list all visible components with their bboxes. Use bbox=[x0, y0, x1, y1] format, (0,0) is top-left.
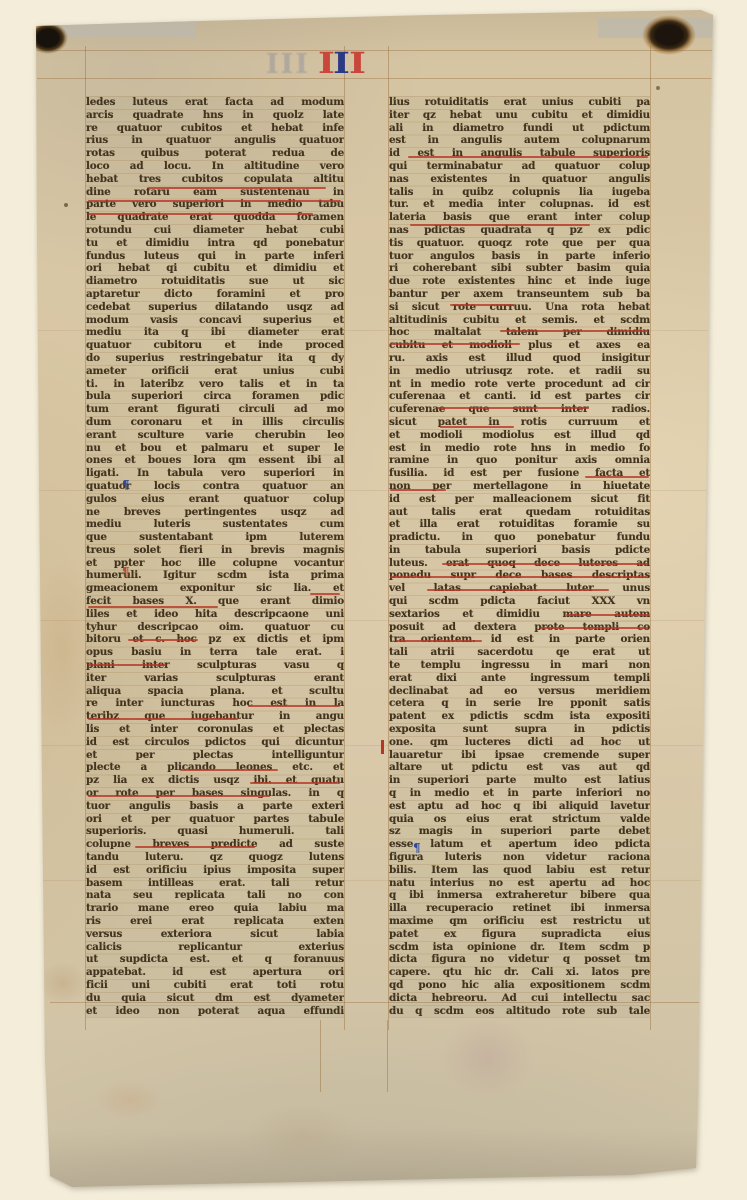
red-underline bbox=[180, 769, 278, 771]
red-underline bbox=[408, 156, 648, 158]
text-column-right: lius rotuiditatis erat unius cubiti pait… bbox=[389, 96, 650, 1018]
text-line: q ibi inmersa extraheretur bibere qua bbox=[389, 889, 650, 902]
text-line: pradictu. in quo ponebatur fundu bbox=[389, 531, 650, 544]
text-line: cuferenae que sunt inter radios. bbox=[389, 403, 650, 416]
text-line: quia os eius erat strictum valde bbox=[389, 813, 650, 826]
red-underline bbox=[437, 407, 589, 409]
text-line: et per plectas intelliguntur bbox=[86, 749, 344, 762]
text-line: gulos eius erant quatuor colup bbox=[86, 493, 344, 506]
text-line: hoc maltalat talem per dimidiu bbox=[389, 326, 650, 339]
text-line: lauaretur ibi ipsae cremende super bbox=[389, 749, 650, 762]
text-line: or rote per bases singulas. in q bbox=[86, 787, 344, 800]
text-line: et illa erat rotuiditas foramie su bbox=[389, 518, 650, 531]
text-line: treus solet fieri in brevis magnis bbox=[86, 544, 344, 557]
vertical-rule bbox=[320, 1020, 321, 1092]
text-line: aut talis erat quedam rotuiditas bbox=[389, 506, 650, 519]
red-underline bbox=[248, 705, 340, 707]
text-line: altitudinis cubitu et semis. et scdm bbox=[389, 314, 650, 327]
text-line: rius in quatuor angulis quatuor bbox=[86, 134, 344, 147]
text-line: bantur per axem transeuntem sub ba bbox=[389, 288, 650, 301]
text-line: tum erant figurati circuli ad mo bbox=[86, 403, 344, 416]
text-line: erat dixi ante ingressum templi bbox=[389, 672, 650, 685]
text-line: dum coronaru et in illis circulis bbox=[86, 416, 344, 429]
vertical-rule bbox=[650, 46, 651, 1030]
text-line: ali in diametro fundi ut pdictum bbox=[389, 122, 650, 135]
text-line: appatebat. id est apertura ori bbox=[86, 966, 344, 979]
text-line: rotas quibus poterat redua de bbox=[86, 147, 344, 160]
text-line: liles et ideo hita descripcaone uni bbox=[86, 608, 344, 621]
manuscript-photo: III III ledes luteus erat facta ad modum… bbox=[0, 0, 747, 1200]
text-line: id est per malleacionem sicut fit bbox=[389, 493, 650, 506]
text-line: et ideo non poterat aqua effundi bbox=[86, 1005, 344, 1018]
text-line: tu et dimidiu intra qd ponebatur bbox=[86, 237, 344, 250]
text-line: bula superiori circa foramen pdic bbox=[86, 390, 344, 403]
text-line: gmeacionem exponitur sic lia. et bbox=[86, 582, 344, 595]
text-line: tur. et media inter colupnas. id est bbox=[389, 198, 650, 211]
red-underline bbox=[88, 606, 218, 608]
red-underline bbox=[450, 304, 514, 306]
text-line: nu et bou et palmaru et super le bbox=[86, 442, 344, 455]
text-line: lateria basis que erant inter colup bbox=[389, 211, 650, 224]
text-line: loco ad locu. In altitudine vero bbox=[86, 160, 344, 173]
text-line: cetera q in serie lre pponit satis bbox=[389, 697, 650, 710]
text-line: basem intilleas erat. tali retur bbox=[86, 877, 344, 890]
text-line: dicta hebreoru. Ad cui intellectu sac bbox=[389, 992, 650, 1005]
text-line: bilis. Item las quod labiu est retur bbox=[389, 864, 650, 877]
text-line: id est in angulis tabule superioris bbox=[389, 147, 650, 160]
red-underline bbox=[88, 664, 166, 666]
text-line: tuor angulos basis in parte inferio bbox=[389, 250, 650, 263]
stain-brown-bottom bbox=[245, 1105, 360, 1165]
text-line: hebat tres cubitos copulata altitu bbox=[86, 173, 344, 186]
pilcrow-mark: ¶ bbox=[122, 479, 130, 491]
text-line: quatuor cubitoru et inde proced bbox=[86, 339, 344, 352]
text-line: est in medio rote hns in medio fo bbox=[389, 442, 650, 455]
text-line: cedebat superius dilatando usqz ad bbox=[86, 301, 344, 314]
red-underline bbox=[250, 782, 340, 784]
red-underline bbox=[566, 614, 650, 616]
text-line: tyhur descripcao oim. quatuor cu bbox=[86, 621, 344, 634]
red-underline bbox=[128, 639, 198, 641]
text-line: aptaretur dicto foramini et pro bbox=[86, 288, 344, 301]
text-line: dicta figura no videtur q posset tm bbox=[389, 953, 650, 966]
text-line: sicut patet in rotis curruum et bbox=[389, 416, 650, 429]
leaf-shadow-wrap: III III ledes luteus erat facta ad modum… bbox=[0, 0, 747, 1200]
red-underline bbox=[135, 846, 255, 848]
text-line: qui terminabatur ad quatuor colup bbox=[389, 160, 650, 173]
speck-small-1 bbox=[64, 203, 68, 207]
text-line: nt in medio rote verte procedunt ad cir bbox=[389, 378, 650, 391]
text-line: ris erei erat replicata exten bbox=[86, 915, 344, 928]
text-line: in tabula superiori basis pdicte bbox=[389, 544, 650, 557]
manuscript-leaf: III III ledes luteus erat facta ad modum… bbox=[0, 0, 747, 1200]
stain-purple bbox=[440, 1015, 535, 1100]
text-line: pz lia ex dictis usqz ibi. et quatu bbox=[86, 774, 344, 787]
text-line: iter varias sculpturas erant bbox=[86, 672, 344, 685]
text-line: te templu ingressu in mari non bbox=[389, 659, 650, 672]
text-line: mediu ita q ibi diameter erat bbox=[86, 326, 344, 339]
text-line: iter qz hebat unu cubitu et dimidiu bbox=[389, 109, 650, 122]
text-line: opus basiu in terra tale erat. i bbox=[86, 646, 344, 659]
vertical-rule bbox=[344, 46, 345, 1030]
text-line: ones et boues lora qm essent ibi al bbox=[86, 454, 344, 467]
text-line: ru. axis est illud quod insigitur bbox=[389, 352, 650, 365]
text-line: que sustentabant ipm luterem bbox=[86, 531, 344, 544]
text-line: nas existentes in quatuor angulis bbox=[389, 173, 650, 186]
text-line: in superiori parte multo est latius bbox=[389, 774, 650, 787]
pilcrow-mark: ¶ bbox=[122, 566, 130, 578]
red-underline bbox=[427, 589, 609, 591]
text-line: qd pono hic alia expositionem scdm bbox=[389, 979, 650, 992]
text-line: arcis quadrate hns in quolz late bbox=[86, 109, 344, 122]
vertical-rule bbox=[387, 1020, 388, 1092]
text-line: lius rotuiditatis erat unius cubiti pa bbox=[389, 96, 650, 109]
red-underline bbox=[585, 476, 649, 478]
folio-numeral: III bbox=[313, 48, 373, 80]
text-line: du quia sicut dm est dyameter bbox=[86, 992, 344, 1005]
text-line: maxime qm orificiu est restrictu ut bbox=[389, 915, 650, 928]
text-line: modum vasis concavi superius et bbox=[86, 314, 344, 327]
red-underline bbox=[88, 718, 238, 720]
red-underline bbox=[396, 640, 482, 642]
text-line: versus exteriora sicut labia bbox=[86, 928, 344, 941]
text-line: ameter orificii erat unius cubi bbox=[86, 365, 344, 378]
folio-numeral-ghost: III bbox=[258, 50, 318, 80]
text-line: diametro rotuiditatis sue ut sic bbox=[86, 275, 344, 288]
text-line: illa recuperacio retinet ibi inmersa bbox=[389, 902, 650, 915]
text-line: mediu luteris sustentates cum bbox=[86, 518, 344, 531]
horizontal-rule bbox=[37, 78, 712, 79]
text-line: est aptu ad hoc q ibi aliquid lavetur bbox=[389, 800, 650, 813]
red-underline bbox=[442, 563, 648, 565]
text-line: in medio utriusqz rote. et radii su bbox=[389, 365, 650, 378]
text-line: fusilia. id est per fusione facta et bbox=[389, 467, 650, 480]
red-underline bbox=[390, 343, 520, 345]
red-underline bbox=[440, 426, 514, 428]
text-line: re quatuor cubitos et hebat infe bbox=[86, 122, 344, 135]
text-line: erant sculture varie cherubin leo bbox=[86, 429, 344, 442]
text-line: ti. in lateribz vero talis et in ta bbox=[86, 378, 344, 391]
text-line: si sicut rote curruu. Una rota hebat bbox=[389, 301, 650, 314]
margin-bracket bbox=[381, 740, 384, 754]
text-line: talis in quibz colupnis lia iugeba bbox=[389, 186, 650, 199]
text-line: altare ut pdictu est vas aut qd bbox=[389, 761, 650, 774]
text-line: ficii uni cubiti erat toti rotu bbox=[86, 979, 344, 992]
tape-residue-right bbox=[598, 18, 716, 38]
red-underline bbox=[500, 330, 648, 332]
tape-residue-left bbox=[30, 20, 196, 37]
red-underline bbox=[540, 627, 648, 629]
text-column-left: ledes luteus erat facta ad modumarcis qu… bbox=[86, 96, 344, 1018]
text-line: exposita sunt supra in pdictis bbox=[389, 723, 650, 736]
speck-dark bbox=[27, 1008, 34, 1015]
text-line: et modioli modiolus est illud qd bbox=[389, 429, 650, 442]
text-line: do superius restringebatur ita q dy bbox=[86, 352, 344, 365]
text-line: ri coherebant sibi subter basim quia bbox=[389, 262, 650, 275]
text-line: bitoru et c. hoc pz ex dictis et ipm bbox=[86, 633, 344, 646]
text-line: due rote existentes hinc et inde iuge bbox=[389, 275, 650, 288]
text-line: tandu luteru. qz quogz lutens bbox=[86, 851, 344, 864]
stain-rust-bottom bbox=[95, 1080, 165, 1120]
text-line: ori hebat qi cubitu et dimidiu et bbox=[86, 262, 344, 275]
text-line: patet ex figura supradicta eius bbox=[389, 928, 650, 941]
stain-left-lower bbox=[38, 962, 88, 1004]
text-line: teribz que iugebantur in angu bbox=[86, 710, 344, 723]
numeral-stroke: I bbox=[349, 48, 368, 78]
text-line: ori et per quatuor partes tabule bbox=[86, 813, 344, 826]
text-line: patent ex pdictis scdm ista expositi bbox=[389, 710, 650, 723]
text-line: cubitu et modioli plus et axes ea bbox=[389, 339, 650, 352]
text-line: du q scdm eos altitudo rote sub tale bbox=[389, 1005, 650, 1018]
text-line: qui scdm pdicta faciut XXX vn bbox=[389, 595, 650, 608]
text-line: re inter iuncturas hoc est in la bbox=[86, 697, 344, 710]
text-line: q in medio et in parte inferiori no bbox=[389, 787, 650, 800]
pilcrow-mark: ¶ bbox=[413, 842, 421, 854]
text-line: tuor angulis basis a parte exteri bbox=[86, 800, 344, 813]
red-underline bbox=[410, 224, 590, 226]
red-underline bbox=[390, 489, 446, 491]
text-line: ledes luteus erat facta ad modum bbox=[86, 96, 344, 109]
text-line: colupne breves predicte ad suste bbox=[86, 838, 344, 851]
red-underline bbox=[148, 187, 326, 189]
text-line: esse latum et apertum ideo pdicta bbox=[389, 838, 650, 851]
text-line: ramine in quo ponitur axis omnia bbox=[389, 454, 650, 467]
red-underline bbox=[88, 213, 313, 215]
text-line: nas pdictas quadrata q pz ex pdic bbox=[389, 224, 650, 237]
text-line: declinabat ad eo versus meridiem bbox=[389, 685, 650, 698]
text-line: lis et inter coronulas et plectas bbox=[86, 723, 344, 736]
red-underline bbox=[88, 795, 270, 797]
text-line: one. qm lucteres dicti ad hoc ut bbox=[389, 736, 650, 749]
red-underline bbox=[310, 593, 340, 595]
text-line: natu interius no est apertu ad hoc bbox=[389, 877, 650, 890]
text-line: id est circulos pdictos qui dicuntur bbox=[86, 736, 344, 749]
text-line: calicis replicantur exterius bbox=[86, 941, 344, 954]
text-line: ut supdicta est. et q foranuus bbox=[86, 953, 344, 966]
text-line: rotundu cui diameter hebat cubi bbox=[86, 224, 344, 237]
text-line: fundus luteus qui in parte inferi bbox=[86, 250, 344, 263]
text-line: ne breves pertingentes usqz ad bbox=[86, 506, 344, 519]
text-line: nata seu replicata tali no con bbox=[86, 889, 344, 902]
text-line: plecte a plicando leones etc. et bbox=[86, 761, 344, 774]
text-line: tali atrii sacerdotu qe erat ut bbox=[389, 646, 650, 659]
text-line: trario mane ereo quia labiu ma bbox=[86, 902, 344, 915]
speck-small-2 bbox=[656, 86, 660, 90]
red-underline bbox=[390, 576, 648, 578]
text-line: cuferenaa et canti. id est partes cir bbox=[389, 390, 650, 403]
text-line: figura luteris non videtur raciona bbox=[389, 851, 650, 864]
text-line: est in angulis autem colupnarum bbox=[389, 134, 650, 147]
horizontal-rule bbox=[37, 50, 712, 51]
text-line: aliqua spacia plana. et scultu bbox=[86, 685, 344, 698]
text-line: capere. qtu hic dr. Cali xi. latos pre bbox=[389, 966, 650, 979]
text-line: sz magis in superiori parte debet bbox=[389, 825, 650, 838]
text-line: superioris. quasi humeruli. tali bbox=[86, 825, 344, 838]
red-underline bbox=[88, 200, 341, 202]
text-line: tis quatuor. quoqz rote que per qua bbox=[389, 237, 650, 250]
text-line: scdm ista opinione dr. Item scdm p bbox=[389, 941, 650, 954]
text-line: id est orificiu ipius imposita super bbox=[86, 864, 344, 877]
